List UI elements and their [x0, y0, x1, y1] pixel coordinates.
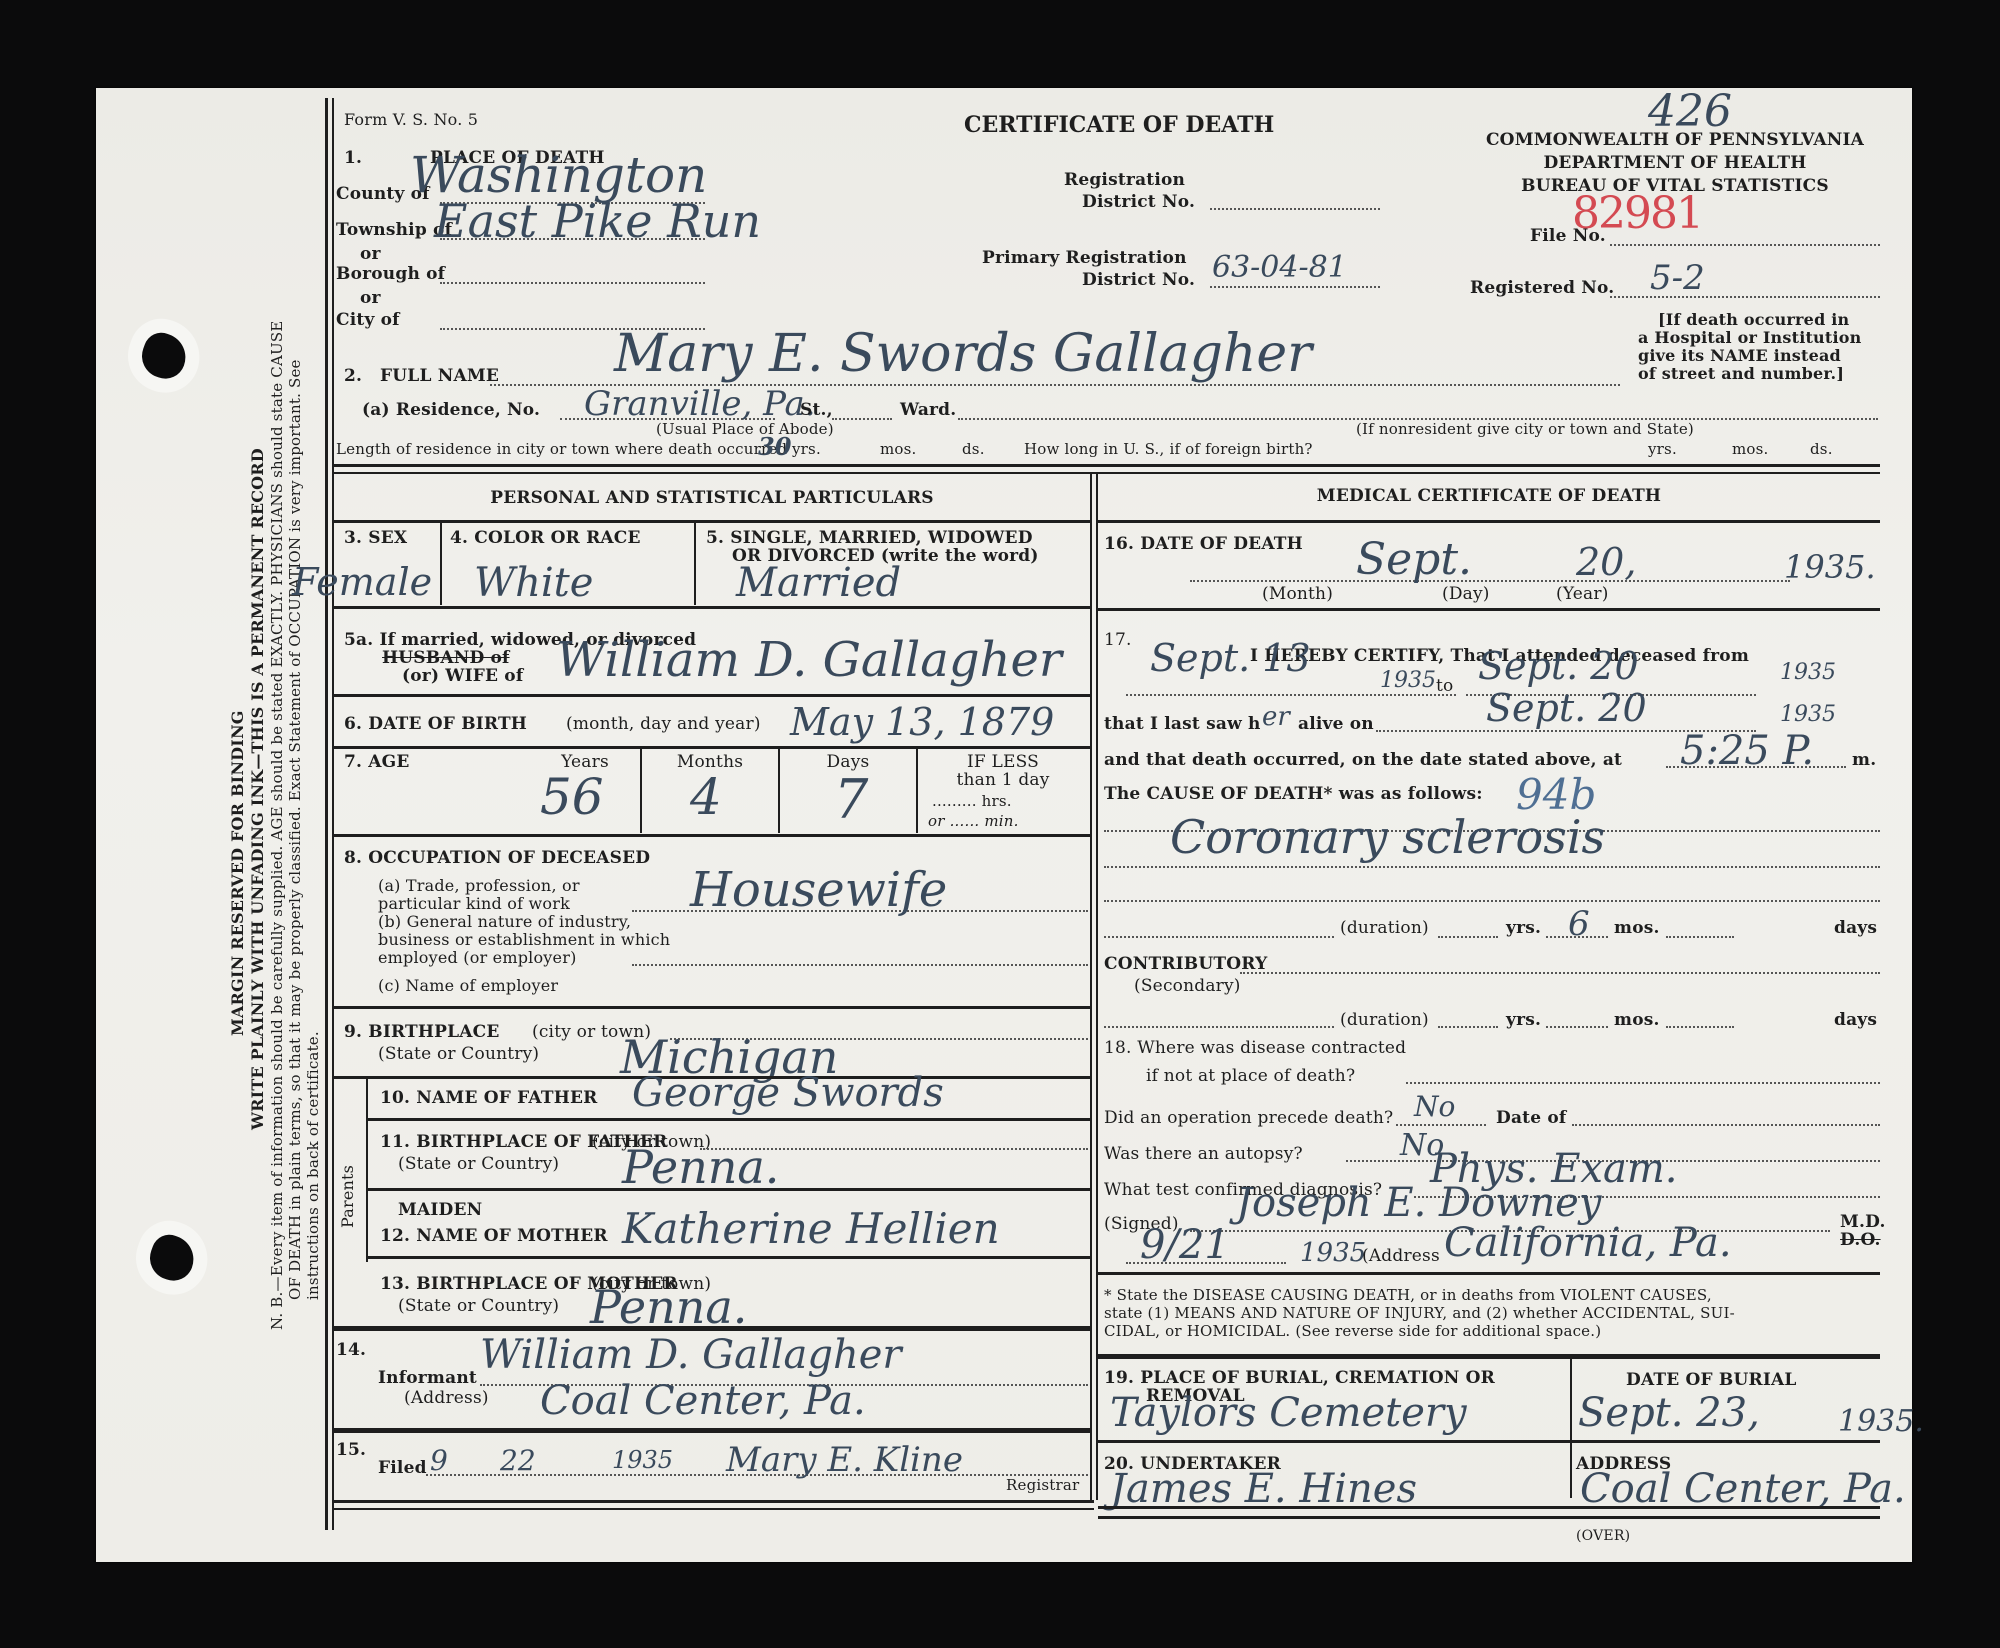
agency-line-1: COMMONWEALTH OF PENNSYLVANIA [1470, 130, 1880, 150]
certificate-title: CERTIFICATE OF DEATH [964, 112, 1274, 138]
spouse-label-wife: (or) WIFE of [402, 666, 523, 686]
primary-district-value: 63-04-81 [1212, 250, 1347, 285]
dod-month: Sept. [1356, 534, 1472, 585]
parents-label: Parents [338, 1165, 357, 1228]
section-divider-bottom [334, 472, 1880, 474]
sex-label: 3. SEX [344, 528, 407, 548]
file-no-label: File No. [1530, 226, 1606, 246]
burial-label-1: 19. PLACE OF BURIAL, CREMATION OR [1104, 1368, 1495, 1388]
marital-value: Married [736, 560, 901, 606]
marital-label-1: 5. SINGLE, MARRIED, WIDOWED [706, 528, 1033, 548]
alive-on-label: alive on [1298, 714, 1374, 734]
registrar-label: Registrar [1006, 1476, 1079, 1494]
mother-label-1: MAIDEN [398, 1200, 482, 1220]
cause-label: The CAUSE OF DEATH* was as follows: [1104, 784, 1483, 804]
parents-bottom-rule [334, 1326, 1090, 1331]
md-label: M.D. [1840, 1212, 1886, 1232]
attended-to: Sept. 20 [1478, 644, 1639, 688]
mother-birthplace-note-2: (State or Country) [398, 1296, 559, 1316]
registrar-signature: Mary E. Kline [726, 1440, 963, 1480]
margin-write-plainly: WRITE PLAINLY WITH UNFADING INK—THIS IS … [248, 448, 267, 1130]
burial-place-value: Taylors Cemetery [1110, 1390, 1467, 1436]
dod-label: 16. DATE OF DEATH [1104, 534, 1303, 554]
to-label: to [1436, 676, 1453, 696]
or-label-1: or [360, 244, 381, 264]
death-time-value: 5:25 P. [1680, 728, 1814, 774]
race-label: 4. COLOR OR RACE [450, 528, 641, 548]
operation-label: Did an operation precede death? [1104, 1108, 1393, 1128]
district-no-label: District No. [1082, 192, 1195, 212]
year-note: (Year) [1556, 584, 1609, 604]
footnote-1: * State the DISEASE CAUSING DEATH, or in… [1104, 1286, 1712, 1304]
last-saw-date: Sept. 20 [1486, 686, 1647, 730]
medical-heading: MEDICAL CERTIFICATE OF DEATH [1098, 486, 1880, 506]
st-label: St., [800, 400, 833, 420]
birthplace-note-2: (State or Country) [378, 1044, 539, 1064]
us-residence-label: How long in U. S., if of foreign birth? [1024, 440, 1313, 458]
us-mos-label: mos. [1732, 440, 1769, 458]
last-saw-label: that I last saw h [1104, 714, 1261, 734]
day-note: (Day) [1442, 584, 1490, 604]
father-birthplace-note-2: (State or Country) [398, 1154, 559, 1174]
mother-label-2: 12. NAME OF MOTHER [380, 1226, 608, 1246]
occupation-label: 8. OCCUPATION OF DECEASED [344, 848, 650, 868]
form-number: Form V. S. No. 5 [344, 110, 478, 129]
age-hrs-label: ......... hrs. [932, 792, 1012, 810]
footnote-3: CIDAL, or HOMICIDAL. (See reverse side f… [1104, 1322, 1601, 1340]
age-min-label: or ...... min. [928, 812, 1019, 830]
mother-value: Katherine Hellien [622, 1204, 1000, 1253]
item-1-number: 1. [344, 148, 362, 168]
filed-number: 15. [336, 1440, 366, 1460]
item-2-number: 2. [344, 366, 362, 386]
duration-mos-1: mos. [1614, 918, 1660, 938]
column-divider-a [1090, 474, 1092, 1500]
signed-date: 9/21 [1140, 1222, 1230, 1268]
margin-nb-line3: instructions on back of certificate. [304, 1031, 322, 1300]
residence-value: Granville, Pa. [584, 384, 816, 424]
birthplace-label: 9. BIRTHPLACE [344, 1022, 500, 1042]
do-label: D.O. [1840, 1230, 1881, 1250]
spouse-label-husband: HUSBAND of [382, 648, 510, 668]
township-value: East Pike Run [434, 194, 761, 248]
father-birthplace-value: Penna. [622, 1140, 779, 1194]
duration-days-2: days [1834, 1010, 1877, 1030]
item-18-label: 18. Where was disease contracted [1104, 1038, 1406, 1058]
length-residence-label: Length of residence in city or town wher… [336, 440, 787, 458]
attended-from: Sept. 13 [1150, 636, 1311, 680]
hospital-note-1: [If death occurred in [1658, 310, 1849, 329]
occupation-value: Housewife [690, 862, 947, 918]
margin-nb-line1: N. B.—Every item of information should b… [268, 321, 286, 1330]
occupation-b-3: employed (or employer) [378, 948, 577, 967]
dob-note: (month, day and year) [566, 714, 761, 734]
operation-value: No [1414, 1090, 1455, 1123]
item-17-number: 17. [1104, 630, 1132, 650]
personal-heading: PERSONAL AND STATISTICAL PARTICULARS [334, 488, 1090, 508]
burial-year: 1935. [1838, 1404, 1924, 1439]
over-label: (OVER) [1576, 1528, 1630, 1544]
duration-yrs-2: yrs. [1506, 1010, 1541, 1030]
section-divider-top [334, 464, 1880, 467]
signed-year: 1935 [1300, 1238, 1366, 1268]
father-label: 10. NAME OF FATHER [380, 1088, 597, 1108]
footnote-2: state (1) MEANS AND NATURE OF INJURY, an… [1104, 1304, 1735, 1322]
attended-to-year: 1935 [1780, 660, 1836, 685]
duration-label-2: (duration) [1340, 1010, 1429, 1030]
margin-nb-line2: OF DEATH in plain terms, so that it may … [286, 359, 304, 1300]
length-ds-label: ds. [962, 440, 985, 458]
margin-binding-note: MARGIN RESERVED FOR BINDING [228, 710, 247, 1036]
informant-address: Coal Center, Pa. [540, 1378, 866, 1424]
age-years-value: 56 [540, 768, 604, 826]
father-value: George Swords [632, 1070, 944, 1116]
column-divider-b [1096, 474, 1098, 1500]
dod-year: 1935. [1784, 548, 1876, 586]
agency-line-2: DEPARTMENT OF HEALTH [1470, 153, 1880, 173]
filed-month: 9 [430, 1444, 448, 1477]
full-name-value: Mary E. Swords Gallagher [614, 324, 1312, 384]
left-border-outer [325, 98, 328, 1530]
parents-bracket [366, 1076, 368, 1262]
race-value: White [474, 560, 593, 606]
filed-year: 1935 [612, 1446, 673, 1474]
registration-label: Registration [1064, 170, 1185, 190]
residence-label: (a) Residence, No. [362, 400, 540, 420]
abode-note: (Usual Place of Abode) [656, 420, 834, 438]
length-mos-label: mos. [880, 440, 917, 458]
autopsy-label: Was there an autopsy? [1104, 1144, 1303, 1164]
informant-bottom-rule [334, 1428, 1090, 1433]
informant-number: 14. [336, 1340, 366, 1360]
age-label: 7. AGE [344, 752, 410, 772]
registered-no-label: Registered No. [1470, 278, 1614, 298]
hospital-note-2: a Hospital or Institution [1638, 328, 1861, 347]
informant-value: William D. Gallagher [480, 1332, 902, 1378]
primary-district-label: District No. [1082, 270, 1195, 290]
month-note: (Month) [1262, 584, 1333, 604]
secondary-label: (Secondary) [1134, 976, 1241, 996]
length-residence-value: 30 [758, 432, 791, 461]
burial-top-rule [1098, 1354, 1880, 1359]
hospital-note-3: give its NAME instead [1638, 346, 1841, 365]
age-days-value: 7 [834, 768, 868, 831]
occupation-b-1: (b) General nature of industry, [378, 912, 631, 931]
dod-day: 20, [1576, 540, 1636, 584]
dob-label: 6. DATE OF BIRTH [344, 714, 527, 734]
address-value: California, Pa. [1444, 1220, 1732, 1266]
us-ds-label: ds. [1810, 440, 1833, 458]
borough-label: Borough of [336, 264, 445, 284]
occupation-a-2: particular kind of work [378, 894, 570, 913]
age-months-value: 4 [690, 768, 722, 826]
us-yrs-label: yrs. [1648, 440, 1677, 458]
death-time-label: and that death occurred, on the date sta… [1104, 750, 1622, 770]
registered-no-value: 5-2 [1650, 258, 1705, 298]
age-less-label-1: IF LESS [918, 752, 1088, 772]
spouse-value: William D. Gallagher [556, 632, 1062, 688]
occupation-b-2: business or establishment in which [378, 930, 670, 949]
nonresident-note: (If nonresident give city or town and St… [1356, 420, 1694, 438]
last-saw-suffix: er [1262, 702, 1290, 732]
burial-date-label: DATE OF BURIAL [1626, 1370, 1797, 1390]
dob-value: May 13, 1879 [790, 700, 1054, 744]
date-of-label: Date of [1496, 1108, 1566, 1128]
occupation-a-1: (a) Trade, profession, or [378, 876, 580, 895]
ward-label: Ward. [900, 400, 956, 420]
hospital-note-4: of street and number.] [1638, 364, 1844, 383]
last-saw-year: 1935 [1780, 702, 1836, 727]
city-label: City of [336, 310, 400, 330]
attended-from-year: 1935 [1380, 668, 1436, 693]
duration-days-1: days [1834, 918, 1877, 938]
address-label: (Address [1362, 1246, 1440, 1266]
or-label-2: or [360, 288, 381, 308]
duration-mos-2: mos. [1614, 1010, 1660, 1030]
burial-date-value: Sept. 23, [1578, 1390, 1760, 1436]
length-yrs-label: yrs. [792, 440, 821, 458]
item-18-label-2: if not at place of death? [1146, 1066, 1355, 1086]
sex-value: Female [292, 560, 432, 604]
informant-label: Informant [378, 1368, 477, 1388]
death-time-suffix: m. [1852, 750, 1876, 770]
occupation-c: (c) Name of employer [378, 976, 558, 995]
age-less-label-2: than 1 day [918, 770, 1088, 790]
left-border-inner [332, 98, 334, 1530]
duration-label-1: (duration) [1340, 918, 1429, 938]
primary-registration-label: Primary Registration [982, 248, 1187, 268]
filed-label: Filed [378, 1458, 427, 1478]
contributory-label: CONTRIBUTORY [1104, 954, 1267, 974]
full-name-label: FULL NAME [380, 366, 499, 386]
duration-yrs-1: yrs. [1506, 918, 1541, 938]
filed-day: 22 [500, 1444, 536, 1477]
duration-mos-value: 6 [1568, 904, 1590, 944]
cause-value: Coronary sclerosis [1170, 810, 1605, 864]
informant-address-label: (Address) [404, 1388, 489, 1408]
